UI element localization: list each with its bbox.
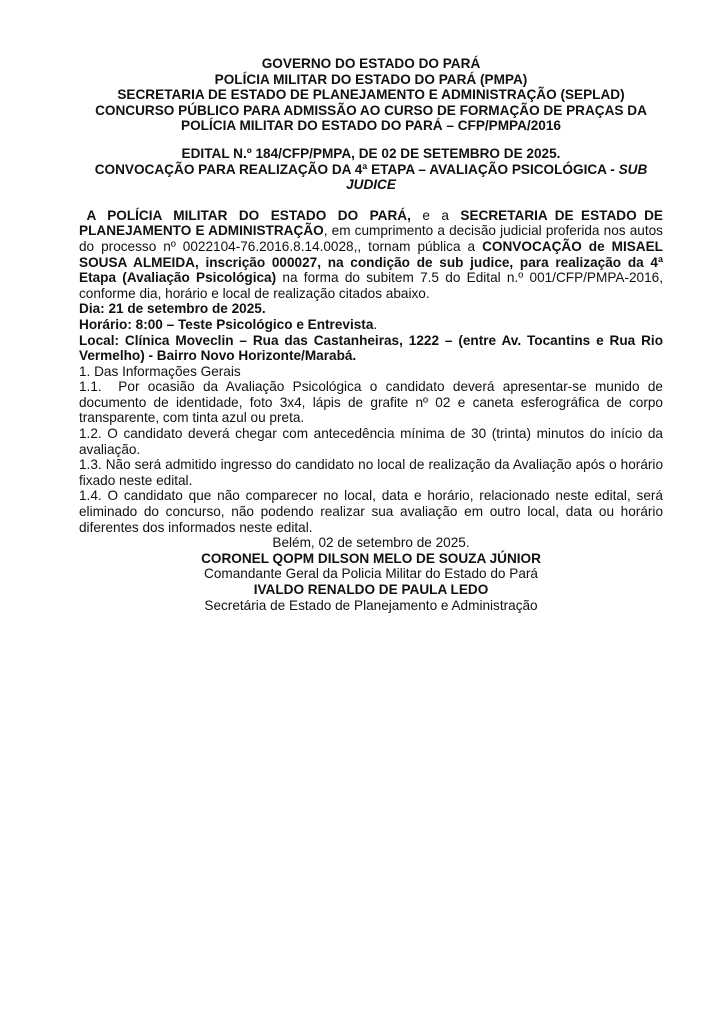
schedule-time-text: Horário: 8:00 – Teste Psicológico e Entr… [79,317,373,332]
document-body: A POLÍCIA MILITAR DO ESTADO DO PARÁ, e a… [79,208,663,613]
header-line-seplad: SECRETARIA DE ESTADO DE PLANEJAMENTO E A… [79,87,663,103]
signatory-1-name: CORONEL QOPM DILSON MELO DE SOUZA JÚNIOR [79,551,663,567]
intro-pmpa: A POLÍCIA MILITAR DO ESTADO DO PARÁ, [86,208,410,223]
header-line-government: GOVERNO DO ESTADO DO PARÁ [79,56,663,72]
header-line-concurso: CONCURSO PÚBLICO PARA ADMISSÃO AO CURSO … [79,103,663,119]
section-item-1-2: 1.2. O candidato deverá chegar com antec… [79,426,663,457]
signatory-2-name: IVALDO RENALDO DE PAULA LEDO [79,582,663,598]
document-header: GOVERNO DO ESTADO DO PARÁ POLÍCIA MILITA… [79,56,663,134]
section-item-1-4: 1.4. O candidato que não comparecer no l… [79,488,663,535]
signatory-1-role: Comandante Geral da Policia Militar do E… [79,566,663,582]
place-date: Belém, 02 de setembro de 2025. [79,535,663,551]
schedule-time: Horário: 8:00 – Teste Psicológico e Entr… [79,317,663,333]
edital-subject: CONVOCAÇÃO PARA REALIZAÇÃO DA 4ª ETAPA –… [79,162,663,193]
section-title: 1. Das Informações Gerais [79,364,663,380]
section-item-1-3: 1.3. Não será admitido ingresso do candi… [79,457,663,488]
signatory-2-role: Secretária de Estado de Planejamento e A… [79,598,663,614]
schedule-time-period: . [373,317,377,332]
intro-and: e a [411,208,460,223]
edital-number: EDITAL N.º 184/CFP/PMPA, DE 02 DE SETEMB… [79,146,663,162]
header-line-cfp: POLÍCIA MILITAR DO ESTADO DO PARÁ – CFP/… [79,118,663,134]
section-item-1-1: 1.1. Por ocasião da Avaliação Psicológic… [79,379,663,426]
schedule-location: Local: Clínica Moveclin – Rua das Castan… [79,333,663,364]
intro-paragraph: A POLÍCIA MILITAR DO ESTADO DO PARÁ, e a… [79,208,663,302]
schedule-day: Dia: 21 de setembro de 2025. [79,301,663,317]
header-line-pmpa: POLÍCIA MILITAR DO ESTADO DO PARÁ (PMPA) [79,72,663,88]
document-page: GOVERNO DO ESTADO DO PARÁ POLÍCIA MILITA… [79,56,663,613]
edital-title-block: EDITAL N.º 184/CFP/PMPA, DE 02 DE SETEMB… [79,146,663,193]
edital-subject-text: CONVOCAÇÃO PARA REALIZAÇÃO DA 4ª ETAPA –… [95,162,619,177]
